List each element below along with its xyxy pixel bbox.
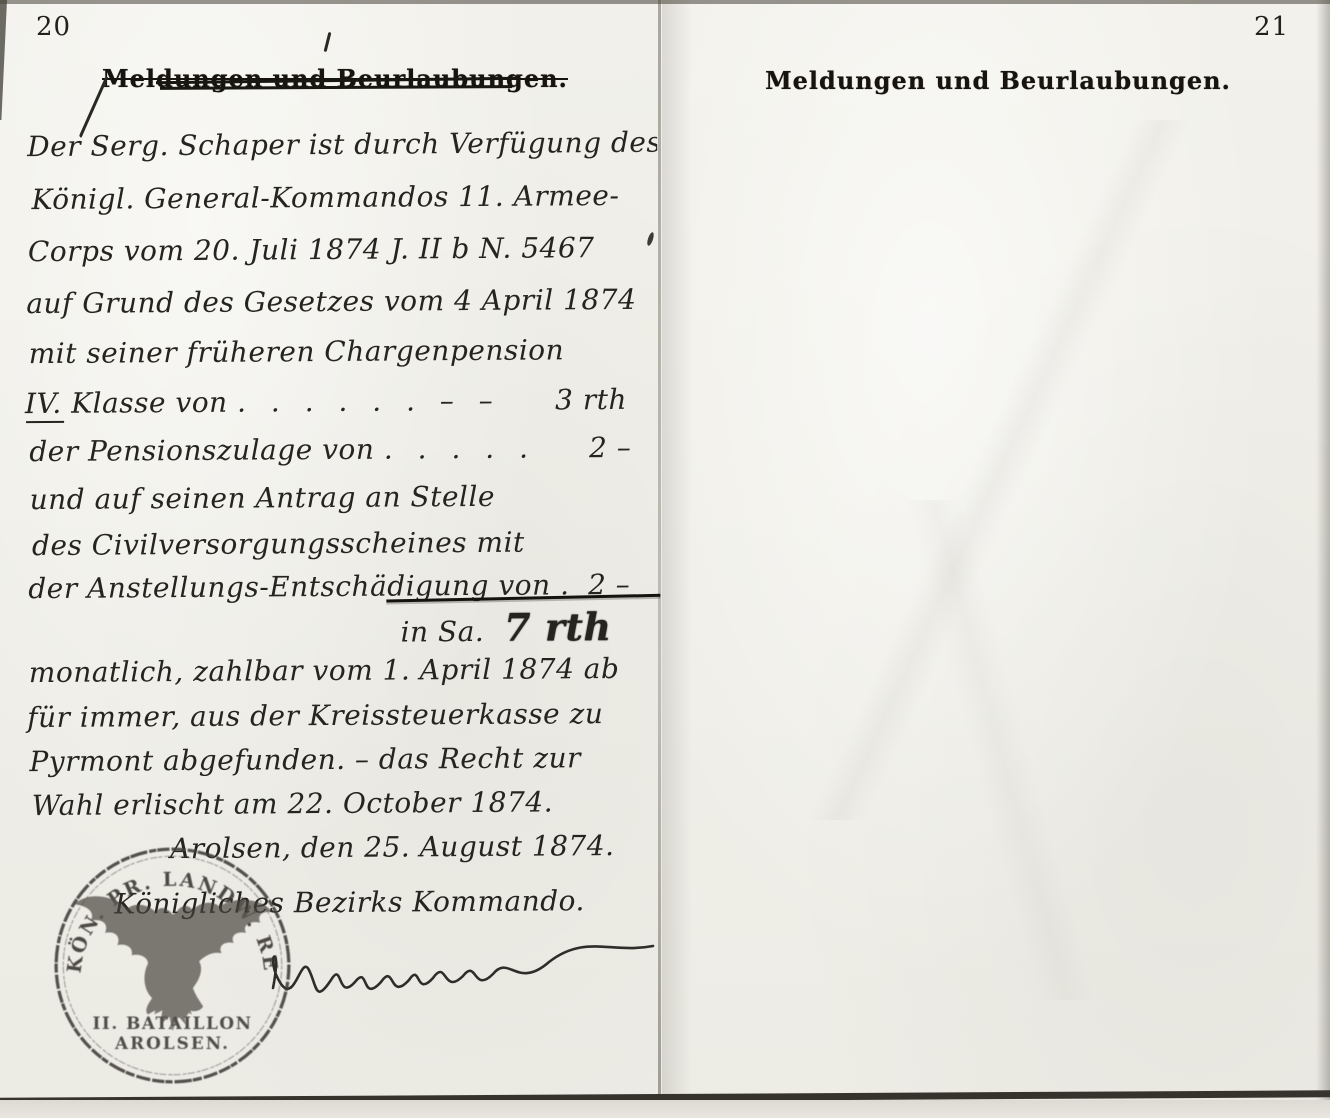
sum-prefix: in Sa. <box>400 615 484 649</box>
entry-line: Corps vom 20. Juli 1874 J. II b N. 5467 <box>28 231 595 268</box>
entry-line: mit seiner früheren Chargenpension <box>29 333 565 370</box>
pension-amount: 3 rth <box>555 383 627 417</box>
paper-crease <box>700 500 1300 1000</box>
leader-dots: . . . . . . – – <box>237 384 495 419</box>
entry-line: für immer, aus der Kreissteuerkasse zu <box>27 697 603 734</box>
entry-line: Pyrmont abgefunden. – das Recht zur <box>29 741 581 778</box>
pension-amount: 2 – <box>589 431 631 464</box>
entry-line: monatlich, zahlbar vom 1. April 1874 ab <box>29 652 620 689</box>
pension-label: der Pensionszulage von <box>29 433 374 468</box>
pension-row: IV. Klasse von . . . . . . – – 3 rth <box>25 383 661 420</box>
stamp-place-text: AROLSEN. <box>114 1033 230 1053</box>
leader-dots: . . . . . <box>384 432 530 466</box>
sum-amount: 7 rth <box>504 604 612 650</box>
stamp-battalion-text: II. BATAILLON <box>93 1013 253 1033</box>
entry-line: auf Grund des Gesetzes vom 4 April 1874 <box>26 283 636 320</box>
underline-mark <box>26 421 64 423</box>
page-number-right: 21 <box>1254 12 1289 42</box>
right-page-header: Meldungen und Beurlaubungen. <box>668 66 1328 95</box>
signature <box>255 908 675 1023</box>
underlying-pages-edge <box>0 1100 1330 1118</box>
sum-row: in Sa.7 rth <box>400 604 611 650</box>
entry-line: Der Serg. Schaper ist durch Verfügung de… <box>27 126 661 163</box>
scan-top-edge <box>0 0 1330 4</box>
official-stamp: KÖN. PR. LANDW. REGT. II. BATAILLON AROL… <box>50 843 295 1088</box>
pension-row: der Anstellungs-Entschädigung von . 2 – <box>28 568 664 605</box>
scan-right-edge <box>1316 0 1330 1100</box>
entry-line: des Civilversorgungsscheines mit <box>32 526 525 562</box>
entry-line: und auf seinen Antrag an Stelle <box>30 480 496 516</box>
prussian-eagle-icon <box>75 896 273 1031</box>
pension-label: IV. Klasse von <box>25 386 228 420</box>
entry-line: Wahl erlischt am 22. October 1874. <box>32 785 554 822</box>
entry-line: Königl. General-Kommandos 11. Armee- <box>31 179 619 216</box>
scanned-document: 20 Meldungen und Beurlaubungen. Der Serg… <box>0 0 1330 1118</box>
pension-row: der Pensionszulage von . . . . . 2 – <box>29 431 664 468</box>
